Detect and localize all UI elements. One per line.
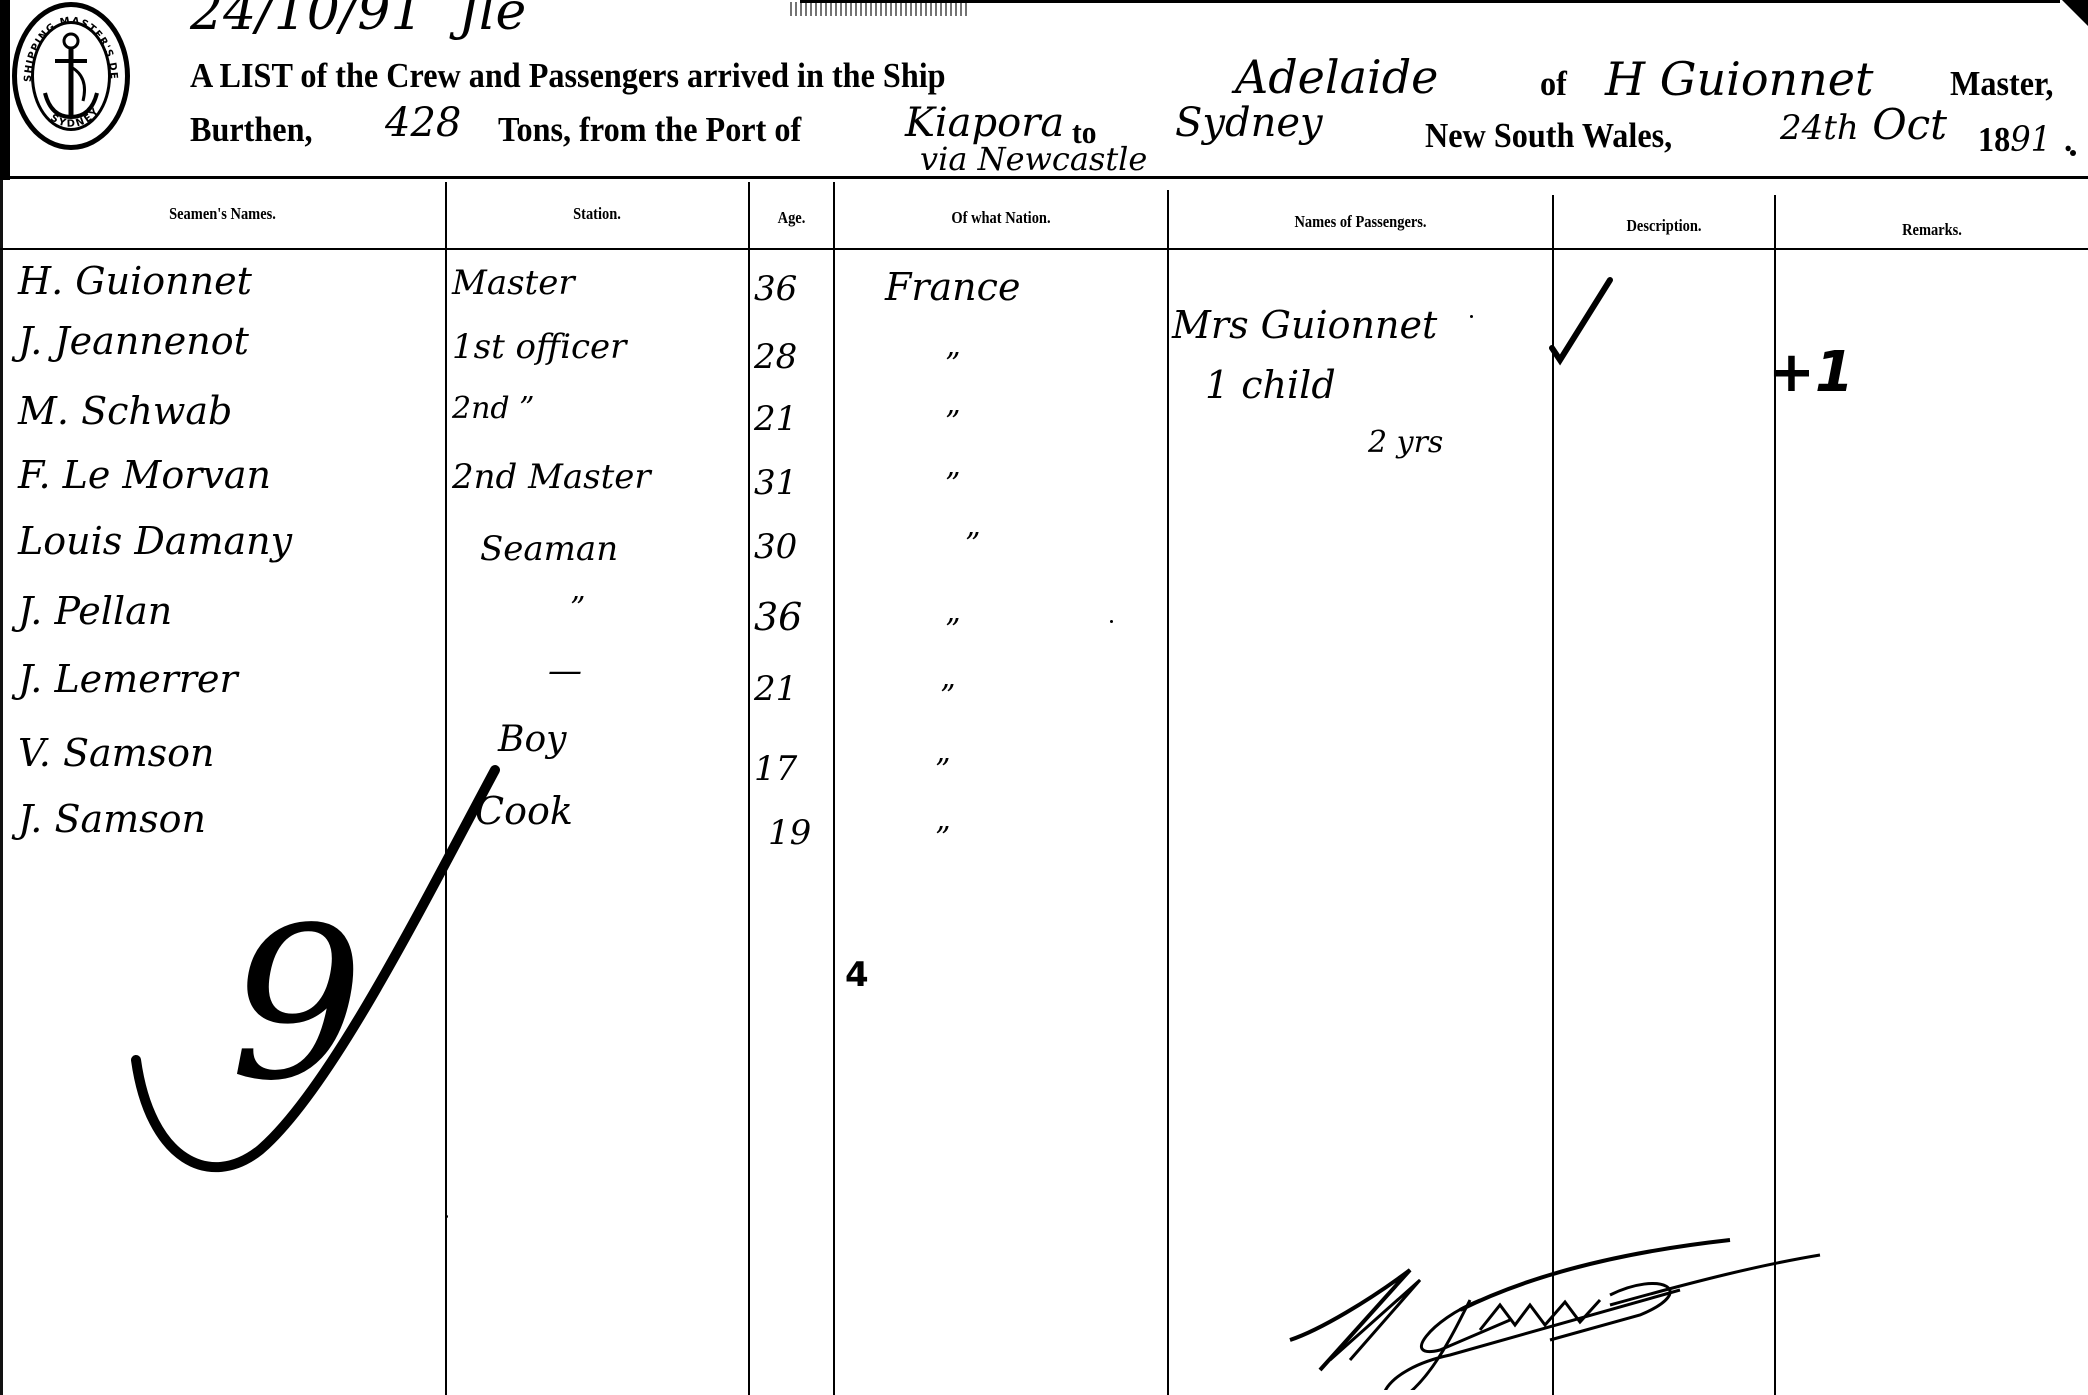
arrival-year: 1891. xyxy=(1978,120,2072,160)
crew-nation: France xyxy=(885,268,1020,306)
burthen-label: Burthen, xyxy=(190,110,313,150)
column-divider-age xyxy=(748,182,750,1395)
stamp-date: 24/10/91 xyxy=(190,0,424,42)
crew-name: F. Le Morvan xyxy=(18,456,271,494)
crew-station: Master xyxy=(452,266,575,300)
page-corner xyxy=(2062,0,2088,26)
scan-speck xyxy=(1110,620,1113,623)
column-divider-nation xyxy=(833,182,835,1395)
crew-name: Louis Damany xyxy=(18,522,292,560)
route-via: via Newcastle xyxy=(920,140,1147,178)
crew-nation: ” xyxy=(945,470,960,500)
title-master-label: Master, xyxy=(1950,64,2053,104)
crew-nation: ” xyxy=(945,616,960,646)
column-header-seamen-names: Seamen's Names. xyxy=(33,204,411,224)
tons-from-port-label: Tons, from the Port of xyxy=(498,110,801,150)
burthen-tons: 428 xyxy=(385,100,461,146)
header-top-rule xyxy=(0,176,2088,179)
crew-nation: ” xyxy=(945,408,960,438)
ship-name: Adelaide xyxy=(1235,50,1438,104)
anchor-icon xyxy=(17,7,125,145)
crew-station: — xyxy=(548,654,582,688)
scan-speck xyxy=(445,1215,448,1218)
column-header-station: Station. xyxy=(470,204,725,224)
arrival-day: 24th xyxy=(1780,108,1859,148)
master-signature xyxy=(1280,1210,1920,1390)
crew-station: 2nd ” xyxy=(452,394,535,424)
stray-mark: 4 xyxy=(845,955,869,995)
crew-station: 1st officer xyxy=(452,330,626,364)
crew-nation: ” xyxy=(940,682,955,712)
crew-age: 21 xyxy=(754,402,797,436)
column-header-description: Description. xyxy=(1571,216,1758,236)
new-south-wales-label: New South Wales, xyxy=(1425,116,1672,156)
crew-name: J. Jeannenot xyxy=(18,322,249,360)
crew-station: ” xyxy=(570,594,585,624)
arrival-year-printed: 18 xyxy=(1978,120,2010,159)
column-header-nation: Of what Nation. xyxy=(860,208,1142,228)
stamp-initials: Jle xyxy=(458,0,526,42)
crew-nation: ” xyxy=(945,350,960,380)
crew-nation: ” xyxy=(965,530,980,560)
remarks-plus-one: +1 xyxy=(1768,340,1854,405)
port-to: Sydney xyxy=(1175,100,1323,146)
description-check-icon xyxy=(1548,270,1628,370)
crew-age: 17 xyxy=(754,752,797,786)
crew-age: 31 xyxy=(754,466,797,500)
crew-station: Boy xyxy=(498,722,566,758)
crew-name: J. Lemerrer xyxy=(18,660,238,698)
crew-station: Seaman xyxy=(480,532,618,566)
manifest-title-line: A LIST of the Crew and Passengers arrive… xyxy=(190,56,946,96)
column-header-remarks: Remarks. xyxy=(1799,220,2064,240)
master-name: H Guionnet xyxy=(1605,52,1873,106)
scan-edge-left-line xyxy=(0,180,3,1395)
crew-nation: ” xyxy=(935,756,950,786)
arrival-year-handwritten: 91 xyxy=(2010,120,2051,160)
column-header-age: Age. xyxy=(756,208,827,228)
passenger-name: 1 child xyxy=(1205,366,1336,404)
crew-name: M. Schwab xyxy=(18,392,232,430)
passenger-name: Mrs Guionnet xyxy=(1172,306,1437,344)
crew-age: 21 xyxy=(754,672,797,706)
title-prefix: A LIST of the Crew and Passengers arrive… xyxy=(190,56,946,95)
column-header-passengers: Names of Passengers. xyxy=(1198,212,1524,232)
page-top-edge xyxy=(800,0,2060,3)
scan-edge-left xyxy=(0,0,10,180)
scan-speck xyxy=(1470,315,1473,318)
title-of: of xyxy=(1540,64,1567,104)
crew-name: H. Guionnet xyxy=(18,262,252,300)
crew-station: 2nd Master xyxy=(452,460,651,494)
crew-name: J. Pellan xyxy=(18,592,172,630)
received-date-stamp: 24/10/91 Jle xyxy=(190,0,526,42)
arrival-date: 24th Oct xyxy=(1780,100,1947,149)
scan-smudge xyxy=(790,2,970,16)
shipping-department-seal: SHIPPING MASTER'S DEPARTMENT SYDNEY xyxy=(12,2,130,150)
crew-age: 36 xyxy=(754,272,797,306)
tally-check-stroke xyxy=(100,760,520,1180)
crew-age: 36 xyxy=(754,598,802,636)
passenger-age-note: 2 yrs xyxy=(1368,428,1443,458)
crew-nation: ” xyxy=(935,824,950,854)
crew-age: 19 xyxy=(768,816,811,850)
arrival-month: Oct xyxy=(1872,100,1947,149)
crew-age: 28 xyxy=(754,340,797,374)
crew-age: 30 xyxy=(754,530,797,564)
column-divider-passengers xyxy=(1167,190,1169,1395)
scan-speck xyxy=(2070,150,2076,156)
